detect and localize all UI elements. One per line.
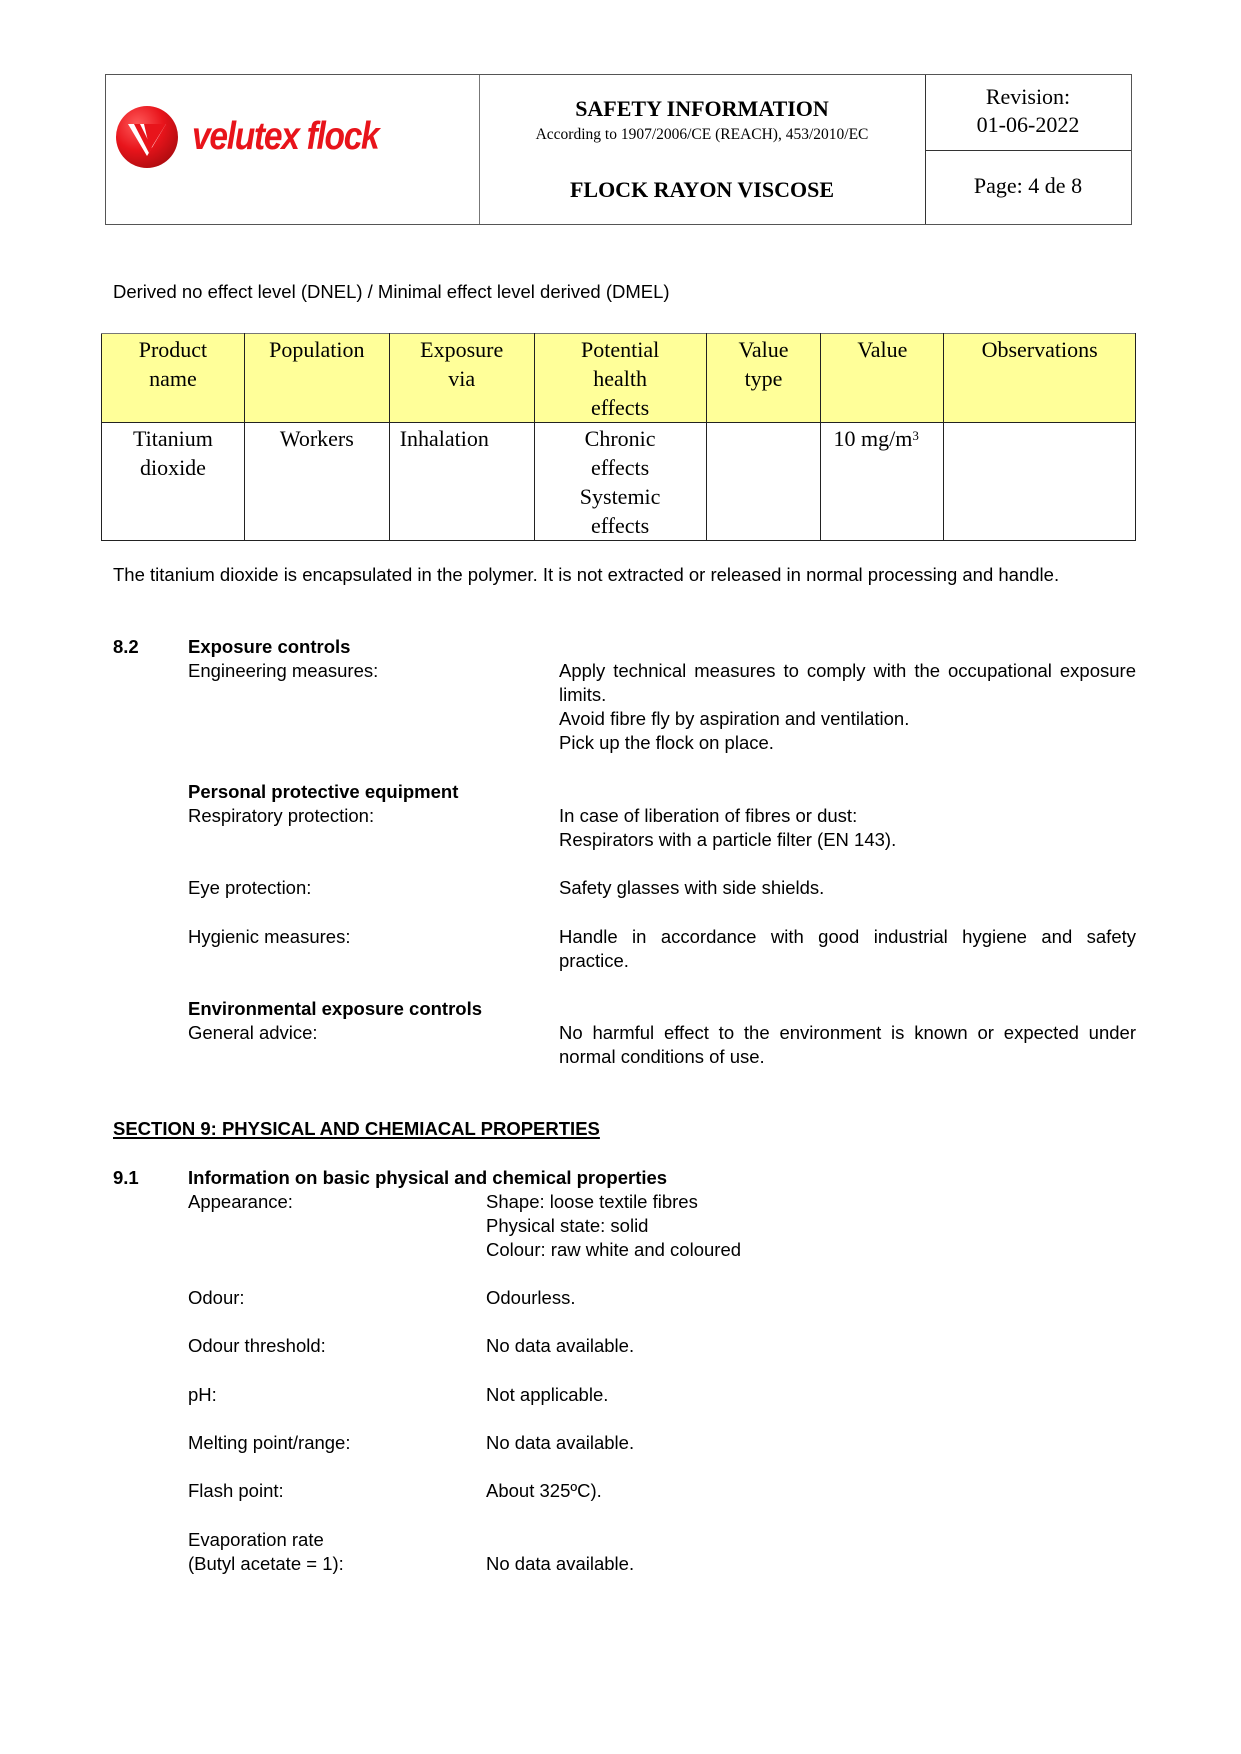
section-number: 9.1 [113,1166,139,1190]
revision-date: 01-06-2022 [925,111,1131,139]
appearance-label: Appearance: [188,1190,293,1214]
property-value: Not applicable. [486,1383,608,1407]
cell-exposure-via: Inhalation [389,423,534,541]
cell-value: 10 mg/m3 [821,423,944,541]
cell-product-name: Titanium dioxide [102,423,245,541]
health-effect: Chronic effects [571,424,670,482]
property-value: About 325ºC). [486,1479,602,1503]
appearance-line: Shape: loose textile fibres [486,1190,698,1214]
property-label: Odour: [188,1286,245,1310]
column-header: Population [244,334,389,423]
appearance-line: Colour: raw white and coloured [486,1238,741,1262]
cell-value-type [706,423,821,541]
property-label: pH: [188,1383,217,1407]
engineering-label: Engineering measures: [188,659,378,683]
appearance-line: Physical state: solid [486,1214,648,1238]
property-value: No data available. [486,1334,634,1358]
respiratory-label: Respiratory protection: [188,804,374,828]
dnel-caption: Derived no effect level (DNEL) / Minimal… [113,280,670,304]
property-label: Odour threshold: [188,1334,326,1358]
value-exponent: 3 [912,428,919,443]
hygienic-label: Hygienic measures: [188,925,350,949]
column-header: Potential health effects [534,334,706,423]
header-divider [925,150,1131,151]
section-9-heading: SECTION 9: PHYSICAL AND CHEMIACAL PROPER… [113,1117,600,1141]
column-header: Product name [102,334,245,423]
respiratory-line: In case of liberation of fibres or dust: [559,804,857,828]
column-header: Observations [944,334,1136,423]
column-header: Exposure via [389,334,534,423]
section-number: 8.2 [113,635,139,659]
property-value: Odourless. [486,1286,575,1310]
hygienic-value: Handle in accordance with good industria… [559,925,1136,973]
respiratory-line: Respirators with a particle filter (EN 1… [559,828,896,852]
company-logo: velutex flock [114,105,444,169]
table-header-row: Product name Population Exposure via Pot… [102,334,1136,423]
column-header: Value type [706,334,821,423]
cell-population: Workers [244,423,389,541]
ppe-title: Personal protective equipment [188,780,458,804]
engineering-line: Apply technical measures to comply with … [559,659,1136,707]
health-effect: Systemic effects [571,482,670,540]
velutex-v-logo-icon [114,104,180,170]
engineering-line: Avoid fibre fly by aspiration and ventil… [559,707,909,731]
cell-observations [944,423,1136,541]
section-title: Exposure controls [188,635,350,659]
product-name: FLOCK RAYON VISCOSE [479,177,925,203]
evaporation-label: Evaporation rate [188,1528,324,1552]
eye-protection-label: Eye protection: [188,876,311,900]
revision-label: Revision: [925,83,1131,111]
engineering-line: Pick up the flock on place. [559,731,774,755]
revision-info: Revision: 01-06-2022 [925,83,1131,139]
evaporation-label: (Butyl acetate = 1): [188,1552,344,1576]
column-header: Value [821,334,944,423]
evaporation-value: No data available. [486,1552,634,1576]
property-value: No data available. [486,1431,634,1455]
table-row: Titanium dioxide Workers Inhalation Chro… [102,423,1136,541]
encapsulation-note: The titanium dioxide is encapsulated in … [113,563,1136,587]
property-label: Melting point/range: [188,1431,351,1455]
property-label: Flash point: [188,1479,284,1503]
value-number: 10 mg/m [833,426,912,451]
page-number: Page: 4 de 8 [925,173,1131,199]
general-advice-value: No harmful effect to the environment is … [559,1021,1136,1069]
regulation-reference: According to 1907/2006/CE (REACH), 453/2… [479,126,925,144]
general-advice-label: General advice: [188,1021,318,1045]
section-title: Information on basic physical and chemic… [188,1166,667,1190]
eye-protection-value: Safety glasses with side shields. [559,876,824,900]
dnel-table: Product name Population Exposure via Pot… [101,333,1136,541]
brand-name: velutex flock [192,115,378,159]
cell-health-effects: Chronic effects Systemic effects [534,423,706,541]
document-header: velutex flock SAFETY INFORMATION Accordi… [105,74,1132,225]
document-title: SAFETY INFORMATION [479,96,925,122]
environmental-title: Environmental exposure controls [188,997,482,1021]
